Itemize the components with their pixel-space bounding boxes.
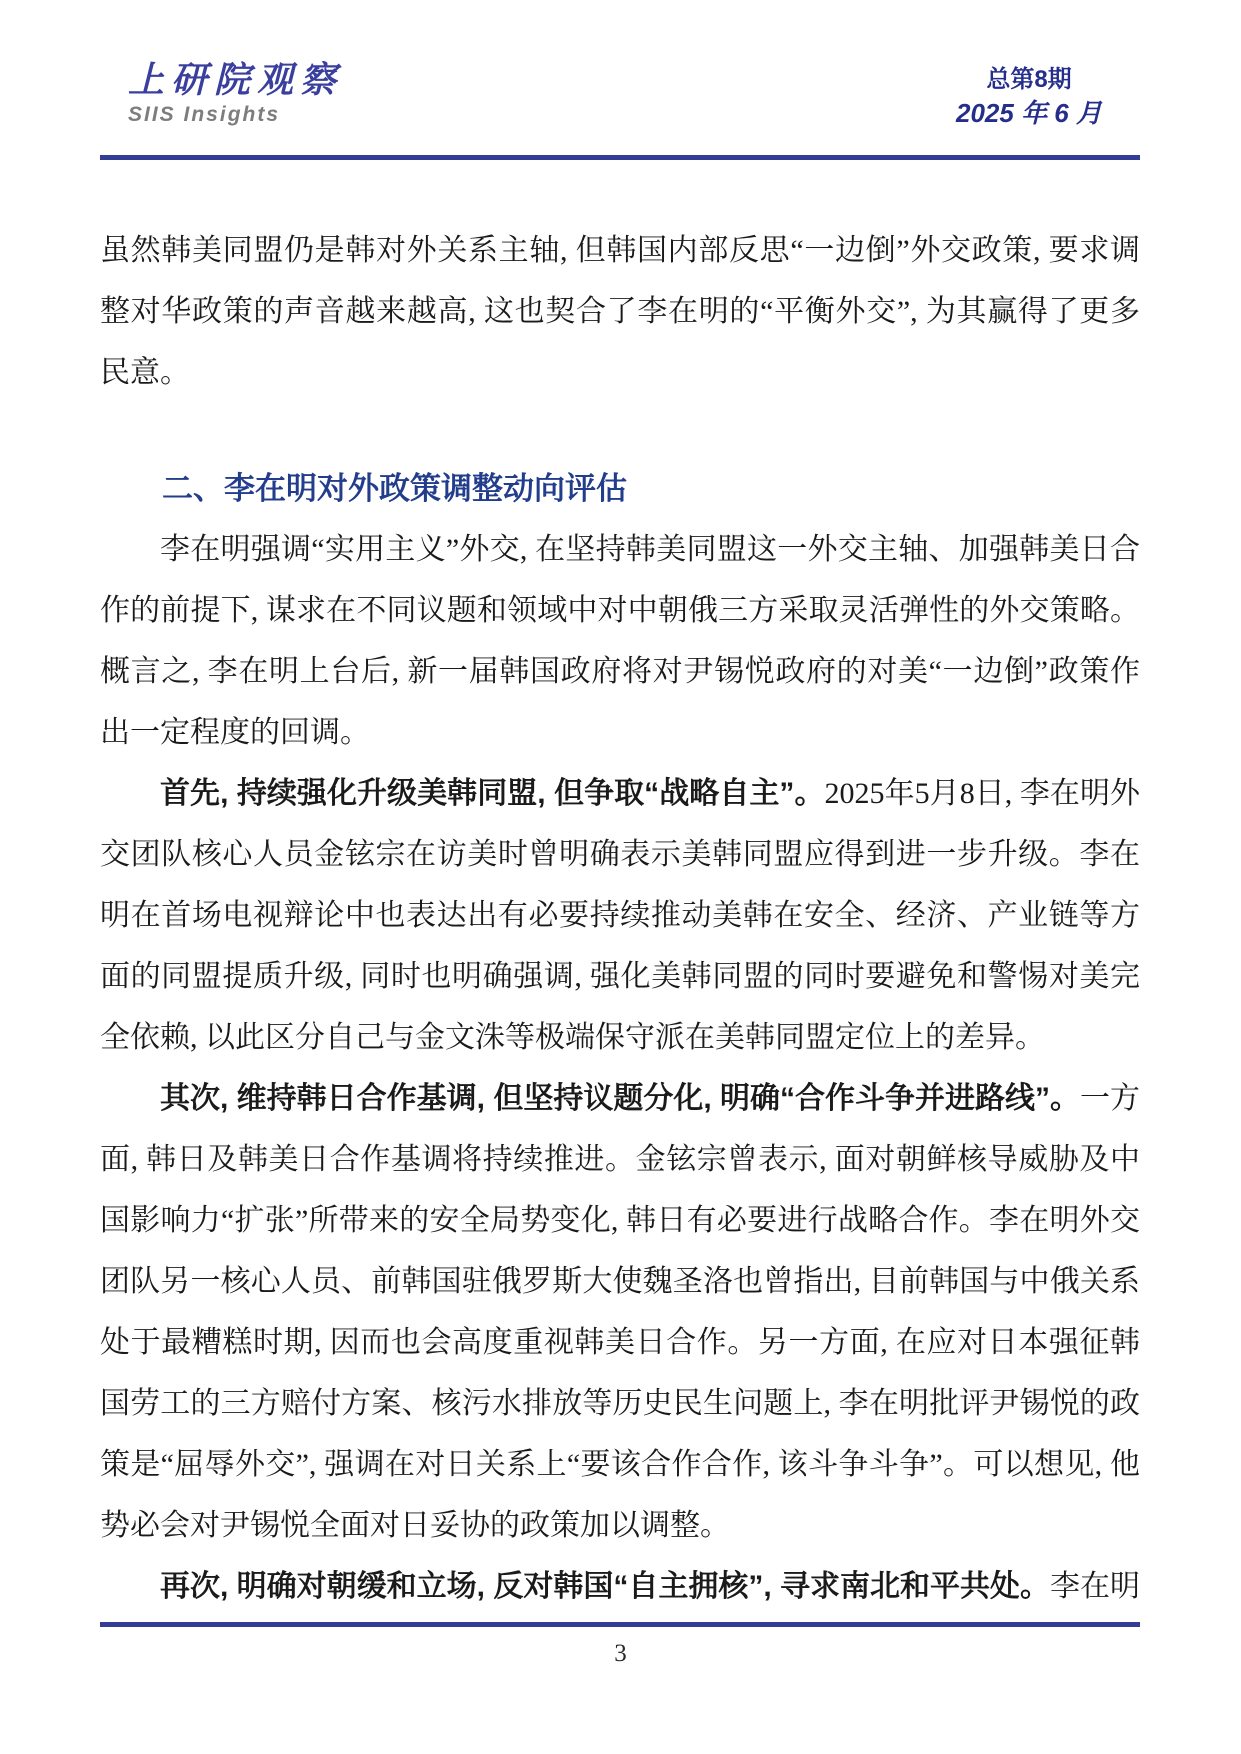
logo-chinese-title: 上研院观察 xyxy=(128,60,343,100)
page-number: 3 xyxy=(0,1640,1241,1668)
paragraph-text: 李在明强调“实用主义”外交, 在坚持韩美同盟这一外交主轴、加强韩美日合作的前提下… xyxy=(100,533,1140,749)
issue-number: 总第8期 xyxy=(956,64,1102,96)
paragraph-text: 2025年5月8日, 李在明外交团队核心人员金铉宗在访美时曾明确表示美韩同盟应得… xyxy=(100,777,1140,1054)
paragraph-lead: 再次, 明确对朝缓和立场, 反对韩国“自主拥核”, 寻求南北和平共处。 xyxy=(160,1570,1050,1603)
body-paragraph: 首先, 持续强化升级美韩同盟, 但争取“战略自主”。2025年5月8日, 李在明… xyxy=(100,763,1140,1068)
body-paragraph: 再次, 明确对朝缓和立场, 反对韩国“自主拥核”, 寻求南北和平共处。李在明 xyxy=(100,1556,1140,1617)
footer-divider xyxy=(100,1622,1140,1627)
paragraph-text: 一方面, 韩日及韩美日合作基调将持续推进。金铉宗曾表示, 面对朝鲜核导威胁及中国… xyxy=(100,1082,1140,1542)
body-paragraph: 李在明强调“实用主义”外交, 在坚持韩美同盟这一外交主轴、加强韩美日合作的前提下… xyxy=(100,519,1140,763)
body-paragraph: 其次, 维持韩日合作基调, 但坚持议题分化, 明确“合作斗争并进路线”。一方面,… xyxy=(100,1068,1140,1556)
header-divider xyxy=(100,155,1140,160)
paragraph-lead: 其次, 维持韩日合作基调, 但坚持议题分化, 明确“合作斗争并进路线”。 xyxy=(160,1082,1080,1115)
section-heading: 二、李在明对外政策调整动向评估 xyxy=(100,458,1140,519)
paragraph-text: 李在明 xyxy=(1050,1570,1140,1603)
intro-paragraph: 虽然韩美同盟仍是韩对外关系主轴, 但韩国内部反思“一边倒”外交政策, 要求调整对… xyxy=(100,220,1140,403)
publication-logo: 上研院观察 SIIS Insights xyxy=(128,60,343,128)
paragraph-lead: 首先, 持续强化升级美韩同盟, 但争取“战略自主”。 xyxy=(160,777,825,810)
page-header: 上研院观察 SIIS Insights 总第8期 2025 年 6 月 xyxy=(100,52,1140,152)
issue-date: 2025 年 6 月 xyxy=(956,96,1102,130)
issue-info: 总第8期 2025 年 6 月 xyxy=(956,64,1102,130)
document-body: 虽然韩美同盟仍是韩对外关系主轴, 但韩国内部反思“一边倒”外交政策, 要求调整对… xyxy=(100,220,1140,1617)
logo-english-title: SIIS Insights xyxy=(128,102,343,128)
document-page: 上研院观察 SIIS Insights 总第8期 2025 年 6 月 虽然韩美… xyxy=(0,0,1241,1754)
